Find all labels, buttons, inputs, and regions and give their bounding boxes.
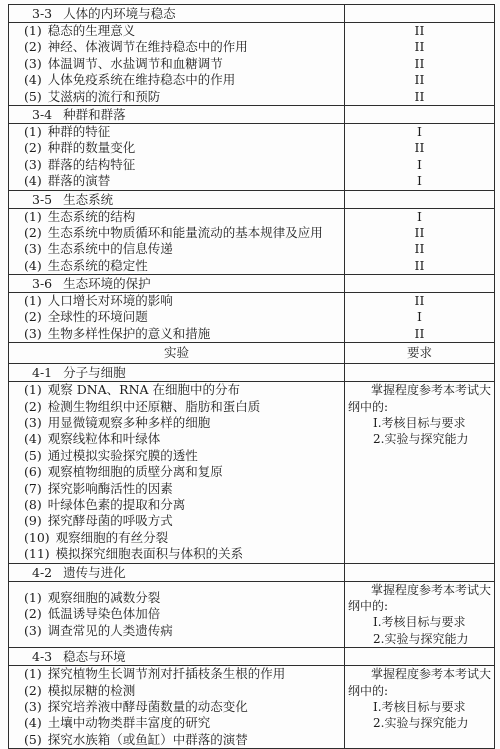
experiment-block: (1)观察 DNA、RNA 在细胞中的分布(2)检测生物组织中还原糖、脂肪和蛋白… [9, 381, 494, 562]
note-line: I.考核目标与要求 [345, 415, 494, 431]
knowledge-item-cell: (5)艾滋病的流行和预防 [9, 89, 344, 105]
experiment-item-row: (7)探究影响酶活性的因素 [9, 481, 344, 497]
note-line: I.考核目标与要求 [345, 699, 494, 715]
knowledge-item-cell: (1)生态系统的结构 [9, 209, 344, 225]
item-text: 群落的演替 [48, 173, 111, 188]
section-header-cell: 4-1分子与细胞 [9, 364, 344, 381]
item-text: 人口增长对环境的影响 [48, 293, 173, 308]
section-code: 3-5 [32, 192, 52, 207]
section-header-cell: 3-4种群和群落 [9, 106, 344, 123]
knowledge-item-row: (3)生态系统中的信息传递II [9, 241, 494, 257]
knowledge-item-cell: (3)体温调节、水盐调节和血糖调节 [9, 56, 344, 72]
item-number: (2) [24, 225, 42, 240]
requirement-level: I [344, 173, 494, 189]
item-number: (6) [24, 464, 42, 479]
item-number: (4) [24, 72, 42, 87]
mastery-note-cell: 掌握程度参考本考试大纲中的:I.考核目标与要求2.实验与探究能力 [344, 666, 494, 748]
item-text: 调查常见的人类遗传病 [48, 623, 173, 638]
item-text: 观察细胞的减数分裂 [48, 590, 161, 605]
item-number: (2) [24, 309, 42, 324]
knowledge-item-cell: (2)全球性的环境问题 [9, 309, 344, 325]
item-text: 观察细胞的有丝分裂 [56, 530, 169, 545]
requirement-level: I [344, 157, 494, 173]
item-text: 生态系统的结构 [48, 209, 136, 224]
item-text: 生态系统的稳定性 [48, 258, 148, 273]
item-text: 检测生物组织中还原糖、脂肪和蛋白质 [48, 399, 261, 414]
knowledge-item-row: (3)生物多样性保护的意义和措施II [9, 326, 494, 342]
item-text: 种群的数量变化 [48, 140, 136, 155]
knowledge-item-row: (1)生态系统的结构I [9, 209, 494, 225]
column-header-row: 实验要求 [9, 342, 494, 363]
item-text: 全球性的环境问题 [48, 309, 148, 324]
item-number: (11) [24, 546, 50, 561]
knowledge-item-cell: (4)群落的演替 [9, 173, 344, 189]
item-text: 人体免疫系统在维持稳态中的作用 [48, 72, 236, 87]
item-number: (2) [24, 39, 42, 54]
item-text: 叶绿体色素的提取和分离 [48, 497, 186, 512]
section-title: 分子与细胞 [63, 365, 126, 380]
section-header-cell: 3-3人体的内环境与稳态 [9, 5, 344, 22]
section-header-row: 4-1分子与细胞 [9, 363, 494, 381]
syllabus-table: 3-3人体的内环境与稳态(1)稳态的生理意义II(2)神经、体液调节在维持稳态中… [8, 4, 495, 749]
item-number: (2) [24, 399, 42, 414]
note-line: 掌握程度参考本考试大 [345, 582, 494, 598]
note-line: 掌握程度参考本考试大 [345, 382, 494, 398]
experiment-item-row: (1)探究植物生长调节剂对扦插枝条生根的作用 [9, 666, 344, 682]
item-text: 低温诱导染色体加倍 [48, 606, 161, 621]
experiment-items-cell: (1)探究植物生长调节剂对扦插枝条生根的作用(2)模拟尿糖的检测(3)探究培养液… [9, 666, 344, 748]
experiment-item-row: (5)通过模拟实验探究膜的透性 [9, 448, 344, 464]
knowledge-item-cell: (3)生物多样性保护的意义和措施 [9, 326, 344, 342]
experiment-item-row: (9)探究酵母菌的呼吸方式 [9, 513, 344, 529]
knowledge-item-cell: (3)生态系统中的信息传递 [9, 241, 344, 257]
section-code: 4-2 [32, 565, 52, 580]
knowledge-item-row: (2)种群的数量变化II [9, 140, 494, 156]
item-text: 种群的特征 [48, 124, 111, 139]
knowledge-item-cell: (3)群落的结构特征 [9, 157, 344, 173]
item-number: (2) [24, 683, 42, 698]
item-number: (5) [24, 89, 42, 104]
knowledge-item-row: (5)艾滋病的流行和预防II [9, 89, 494, 105]
note-line: 掌握程度参考本考试大 [345, 666, 494, 682]
item-number: (3) [24, 241, 42, 256]
item-number: (3) [24, 623, 42, 638]
section-header-row: 3-3人体的内环境与稳态 [9, 5, 494, 22]
item-number: (4) [24, 258, 42, 273]
note-line: 2.实验与探究能力 [345, 431, 494, 447]
item-number: (1) [24, 209, 42, 224]
requirement-level: II [344, 258, 494, 274]
item-number: (2) [24, 140, 42, 155]
knowledge-item-row: (4)生态系统的稳定性II [9, 258, 494, 274]
item-number: (3) [24, 326, 42, 341]
section-code: 4-1 [32, 365, 52, 380]
section-code: 4-3 [32, 649, 52, 664]
knowledge-item-cell: (1)种群的特征 [9, 124, 344, 140]
item-text: 观察 DNA、RNA 在细胞中的分布 [48, 382, 240, 397]
section-header-row: 3-6生态环境的保护 [9, 274, 494, 292]
section-requirement-empty-cell [344, 106, 494, 123]
section-header-row: 3-5生态系统 [9, 190, 494, 208]
experiment-item-row: (2)检测生物组织中还原糖、脂肪和蛋白质 [9, 399, 344, 415]
requirement-level: II [344, 23, 494, 39]
knowledge-item-row: (4)群落的演替I [9, 173, 494, 189]
experiment-item-row: (11)模拟探究细胞表面积与体积的关系 [9, 546, 344, 562]
knowledge-item-cell: (2)种群的数量变化 [9, 140, 344, 156]
requirement-level: II [344, 56, 494, 72]
section-header-row: 3-4种群和群落 [9, 105, 494, 123]
section-requirement-empty-cell [344, 191, 494, 208]
item-text: 用显微镜观察多种多样的细胞 [48, 415, 211, 430]
item-number: (3) [24, 157, 42, 172]
item-text: 生态系统中的信息传递 [48, 241, 173, 256]
knowledge-item-cell: (1)人口增长对环境的影响 [9, 293, 344, 309]
requirement-level: I [344, 209, 494, 225]
experiment-item-row: (1)观察细胞的减数分裂 [9, 590, 344, 606]
section-header-cell: 4-2遗传与进化 [9, 564, 344, 581]
item-number: (5) [24, 448, 42, 463]
requirement-level: II [344, 140, 494, 156]
item-text: 艾滋病的流行和预防 [48, 89, 161, 104]
item-number: (1) [24, 590, 42, 605]
knowledge-item-row: (1)人口增长对环境的影响II [9, 293, 494, 309]
item-number: (1) [24, 666, 42, 681]
experiment-item-row: (3)探究培养液中酵母菌数量的动态变化 [9, 699, 344, 715]
item-number: (3) [24, 699, 42, 714]
experiment-item-row: (6)观察植物细胞的质壁分离和复原 [9, 464, 344, 480]
item-text: 观察线粒体和叶绿体 [48, 431, 161, 446]
knowledge-item-row: (1)稳态的生理意义II [9, 23, 494, 39]
knowledge-item-cell: (1)稳态的生理意义 [9, 23, 344, 39]
item-text: 稳态的生理意义 [48, 23, 136, 38]
requirement-level: II [344, 241, 494, 257]
section-header-row: 4-3稳态与环境 [9, 647, 494, 665]
section-requirement-empty-cell [344, 564, 494, 581]
section-code: 3-4 [32, 107, 52, 122]
knowledge-item-row: (2)全球性的环境问题I [9, 309, 494, 325]
experiment-item-row: (3)调查常见的人类遗传病 [9, 623, 344, 639]
item-number: (3) [24, 56, 42, 71]
knowledge-item-cell: (2)神经、体液调节在维持稳态中的作用 [9, 39, 344, 55]
note-line: 纲中的: [345, 683, 494, 699]
experiment-item-row: (3)用显微镜观察多种多样的细胞 [9, 415, 344, 431]
experiment-item-row: (10)观察细胞的有丝分裂 [9, 530, 344, 546]
requirement-level: I [344, 124, 494, 140]
mastery-note-cell: 掌握程度参考本考试大纲中的:I.考核目标与要求2.实验与探究能力 [344, 582, 494, 648]
section-requirement-empty-cell [344, 5, 494, 22]
section-header-cell: 4-3稳态与环境 [9, 648, 344, 665]
item-text: 神经、体液调节在维持稳态中的作用 [48, 39, 248, 54]
knowledge-items-block: (1)生态系统的结构I(2)生态系统中物质循环和能量流动的基本规律及应用II(3… [9, 208, 494, 275]
syllabus-page: 3-3人体的内环境与稳态(1)稳态的生理意义II(2)神经、体液调节在维持稳态中… [0, 0, 500, 749]
experiment-column-header: 实验 [9, 343, 344, 363]
item-number: (4) [24, 715, 42, 730]
item-number: (1) [24, 23, 42, 38]
knowledge-item-cell: (4)人体免疫系统在维持稳态中的作用 [9, 72, 344, 88]
section-header-row: 4-2遗传与进化 [9, 563, 494, 581]
item-number: (2) [24, 606, 42, 621]
item-number: (4) [24, 431, 42, 446]
experiment-items-cell: (1)观察细胞的减数分裂(2)低温诱导染色体加倍(3)调查常见的人类遗传病 [9, 582, 344, 648]
note-line: 2.实验与探究能力 [345, 631, 494, 647]
section-title: 稳态与环境 [63, 649, 126, 664]
knowledge-items-block: (1)人口增长对环境的影响II(2)全球性的环境问题I(3)生物多样性保护的意义… [9, 292, 494, 342]
section-requirement-empty-cell [344, 364, 494, 381]
section-title: 人体的内环境与稳态 [63, 6, 176, 21]
experiment-items-cell: (1)观察 DNA、RNA 在细胞中的分布(2)检测生物组织中还原糖、脂肪和蛋白… [9, 382, 344, 562]
knowledge-item-row: (1)种群的特征I [9, 124, 494, 140]
item-number: (1) [24, 293, 42, 308]
item-number: (4) [24, 173, 42, 188]
knowledge-items-block: (1)稳态的生理意义II(2)神经、体液调节在维持稳态中的作用II(3)体温调节… [9, 22, 494, 105]
note-line: 2.实验与探究能力 [345, 715, 494, 731]
requirement-level: II [344, 72, 494, 88]
section-header-cell: 3-6生态环境的保护 [9, 275, 344, 292]
section-title: 生态环境的保护 [63, 276, 151, 291]
mastery-note-cell: 掌握程度参考本考试大纲中的:I.考核目标与要求2.实验与探究能力 [344, 382, 494, 562]
experiment-item-row: (2)低温诱导染色体加倍 [9, 606, 344, 622]
requirement-level: I [344, 309, 494, 325]
note-line: 纲中的: [345, 399, 494, 415]
item-number: (5) [24, 732, 42, 747]
knowledge-item-row: (4)人体免疫系统在维持稳态中的作用II [9, 72, 494, 88]
note-line: I.考核目标与要求 [345, 614, 494, 630]
item-number: (7) [24, 481, 42, 496]
item-number: (1) [24, 382, 42, 397]
requirement-level: II [344, 39, 494, 55]
item-text: 探究植物生长调节剂对扦插枝条生根的作用 [48, 666, 286, 681]
requirement-level: II [344, 326, 494, 342]
knowledge-item-cell: (4)生态系统的稳定性 [9, 258, 344, 274]
requirement-column-header: 要求 [344, 343, 494, 363]
requirement-level: II [344, 89, 494, 105]
item-text: 模拟探究细胞表面积与体积的关系 [56, 546, 244, 561]
item-number: (3) [24, 415, 42, 430]
item-text: 观察植物细胞的质壁分离和复原 [48, 464, 223, 479]
section-requirement-empty-cell [344, 648, 494, 665]
item-number: (8) [24, 497, 42, 512]
item-text: 土壤中动物类群丰富度的研究 [48, 715, 211, 730]
experiment-block: (1)观察细胞的减数分裂(2)低温诱导染色体加倍(3)调查常见的人类遗传病掌握程… [9, 581, 494, 648]
section-code: 3-6 [32, 276, 52, 291]
knowledge-item-cell: (2)生态系统中物质循环和能量流动的基本规律及应用 [9, 225, 344, 241]
item-number: (10) [24, 530, 50, 545]
item-text: 探究水族箱（或鱼缸）中群落的演替 [48, 732, 248, 747]
item-text: 生态系统中物质循环和能量流动的基本规律及应用 [48, 225, 323, 240]
experiment-item-row: (5)探究水族箱（或鱼缸）中群落的演替 [9, 732, 344, 748]
knowledge-item-row: (2)神经、体液调节在维持稳态中的作用II [9, 39, 494, 55]
section-code: 3-3 [32, 6, 52, 21]
section-requirement-empty-cell [344, 275, 494, 292]
section-header-cell: 3-5生态系统 [9, 191, 344, 208]
knowledge-item-row: (2)生态系统中物质循环和能量流动的基本规律及应用II [9, 225, 494, 241]
section-title: 种群和群落 [63, 107, 126, 122]
section-title: 遗传与进化 [63, 565, 126, 580]
item-text: 生物多样性保护的意义和措施 [48, 326, 211, 341]
experiment-item-row: (2)模拟尿糖的检测 [9, 683, 344, 699]
item-number: (9) [24, 513, 42, 528]
item-text: 通过模拟实验探究膜的透性 [48, 448, 198, 463]
item-number: (1) [24, 124, 42, 139]
knowledge-item-row: (3)群落的结构特征I [9, 157, 494, 173]
item-text: 探究影响酶活性的因素 [48, 481, 173, 496]
experiment-item-row: (4)土壤中动物类群丰富度的研究 [9, 715, 344, 731]
requirement-level: II [344, 225, 494, 241]
item-text: 探究酵母菌的呼吸方式 [48, 513, 173, 528]
item-text: 体温调节、水盐调节和血糖调节 [48, 56, 223, 71]
item-text: 探究培养液中酵母菌数量的动态变化 [48, 699, 248, 714]
requirement-level: II [344, 293, 494, 309]
section-title: 生态系统 [63, 192, 113, 207]
item-text: 模拟尿糖的检测 [48, 683, 136, 698]
experiment-item-row: (8)叶绿体色素的提取和分离 [9, 497, 344, 513]
note-line: 纲中的: [345, 598, 494, 614]
item-text: 群落的结构特征 [48, 157, 136, 172]
experiment-item-row: (1)观察 DNA、RNA 在细胞中的分布 [9, 382, 344, 398]
experiment-item-row: (4)观察线粒体和叶绿体 [9, 431, 344, 447]
experiment-block: (1)探究植物生长调节剂对扦插枝条生根的作用(2)模拟尿糖的检测(3)探究培养液… [9, 665, 494, 748]
knowledge-item-row: (3)体温调节、水盐调节和血糖调节II [9, 56, 494, 72]
knowledge-items-block: (1)种群的特征I(2)种群的数量变化II(3)群落的结构特征I(4)群落的演替… [9, 123, 494, 190]
